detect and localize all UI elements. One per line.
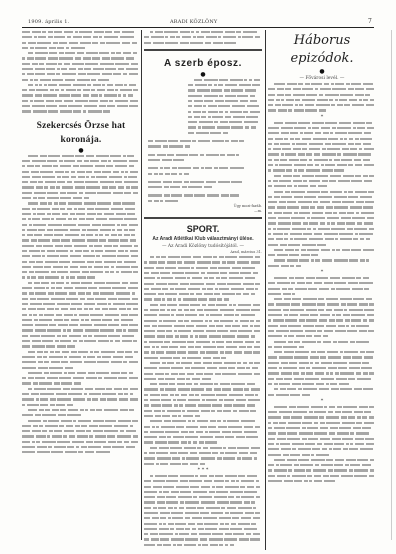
text-line: [268, 468, 376, 473]
text-line: [144, 350, 262, 355]
text-line: [144, 41, 262, 46]
section-rule: [144, 49, 262, 51]
ornament-dot: ●: [22, 147, 140, 154]
text-line: [268, 221, 376, 226]
text-line: [268, 131, 376, 136]
text-line: [22, 307, 140, 312]
text-line: [144, 403, 262, 408]
sport-subheadline: — Az Aradi Közlöny tudósítójától. —: [144, 243, 262, 250]
poem-signature-mark: —m.: [144, 209, 262, 214]
text-line: [268, 237, 376, 242]
text-line: [22, 291, 140, 296]
text-line: [268, 387, 376, 392]
text-line: [268, 350, 376, 355]
text-line: [144, 35, 262, 40]
article-title-szekercses: Szekercsés Örzse hat koronája.: [22, 119, 140, 147]
page-number: 7: [368, 18, 372, 25]
text-line: [22, 35, 140, 40]
newspaper-page: 1909. április 1. ARADI KÖZLÖNY 7 Szekerc…: [0, 0, 396, 554]
text-line: [144, 516, 262, 521]
sport-headline: Az Aradi Atlétikai Klub választmányi ülé…: [144, 236, 262, 243]
header-rule: [22, 27, 374, 28]
section-rule: [144, 217, 262, 219]
issue-date: 1909. április 1.: [28, 19, 69, 25]
text-line: [188, 120, 262, 125]
text-line: [268, 297, 376, 302]
poem-title-szerb-eposz: A szerb éposz.: [144, 57, 262, 71]
text-line: [268, 87, 376, 92]
newspaper-title: ARADI KÖZLÖNY: [170, 19, 217, 25]
column-divider: [265, 30, 266, 550]
text-line: [268, 431, 376, 436]
text-line: [144, 419, 262, 424]
separator: * * *: [144, 467, 262, 474]
text-line: [144, 329, 262, 334]
article-body-szekercses: [22, 154, 140, 456]
separator: *: [268, 114, 376, 121]
text-line: [144, 543, 262, 548]
text-line: [268, 447, 376, 452]
feature-title-haborus-epizodok: Háborus epizódok.: [268, 32, 376, 68]
sport-news-item: [144, 474, 262, 548]
text-line: [268, 479, 376, 484]
column-2: A szerb éposz. ● Ügy mozi-faráb. —m. SPO…: [144, 30, 262, 548]
column-divider: [141, 30, 142, 540]
text-line: [22, 323, 140, 328]
text-line: [268, 318, 376, 323]
separator: *: [268, 269, 376, 276]
text-line: [22, 450, 140, 455]
text-line: [22, 233, 140, 238]
text-line: [144, 479, 262, 484]
text-line: [144, 292, 262, 297]
text-line: [22, 164, 140, 169]
text-line: [22, 434, 140, 439]
text-line: [144, 456, 262, 461]
text-line: [22, 180, 140, 185]
separator: *: [268, 398, 376, 405]
text-line: [144, 382, 262, 387]
text-line: [22, 376, 140, 381]
ornament-dot: ●: [268, 68, 376, 75]
text-line: [22, 201, 140, 206]
text-line: [144, 313, 262, 318]
text-line: [144, 366, 262, 371]
page-edge: [391, 30, 392, 540]
column-3: Háborus epizódok. ● — Fővárosi levél. — …: [268, 30, 376, 484]
feature-body: ***: [268, 82, 376, 484]
text-line: [22, 270, 140, 275]
feature-subtitle: — Fővárosi levél. —: [268, 75, 376, 82]
text-line: [144, 260, 262, 265]
text-line: [268, 410, 376, 415]
text-line: [268, 147, 376, 152]
text-line: [148, 166, 262, 171]
ornament-dot: ●: [144, 71, 262, 78]
text-line: [22, 397, 140, 402]
column-2-intro-text: [144, 30, 262, 46]
text-line: [188, 104, 262, 109]
text-line: [144, 435, 262, 440]
text-line: [144, 276, 262, 281]
poem-intro-block: [188, 78, 262, 136]
text-line: [22, 360, 140, 365]
poem-stanzas: [144, 136, 262, 204]
text-line: [144, 500, 262, 505]
text-line: [22, 72, 140, 77]
text-line: [268, 281, 376, 286]
column-1: Szekercsés Örzse hat koronája. ●: [22, 30, 140, 456]
text-line: [188, 88, 262, 93]
sport-article-body: [144, 255, 262, 467]
section-title-sport: SPORT.: [144, 223, 262, 236]
text-line: [22, 88, 140, 93]
text-line: [22, 56, 140, 61]
text-line: [22, 217, 140, 222]
text-line: [144, 532, 262, 537]
column-1-intro-text: [22, 30, 140, 115]
text-line: [268, 200, 376, 205]
text-line: [22, 109, 140, 114]
text-line: [268, 371, 376, 376]
text-line: [22, 254, 140, 259]
